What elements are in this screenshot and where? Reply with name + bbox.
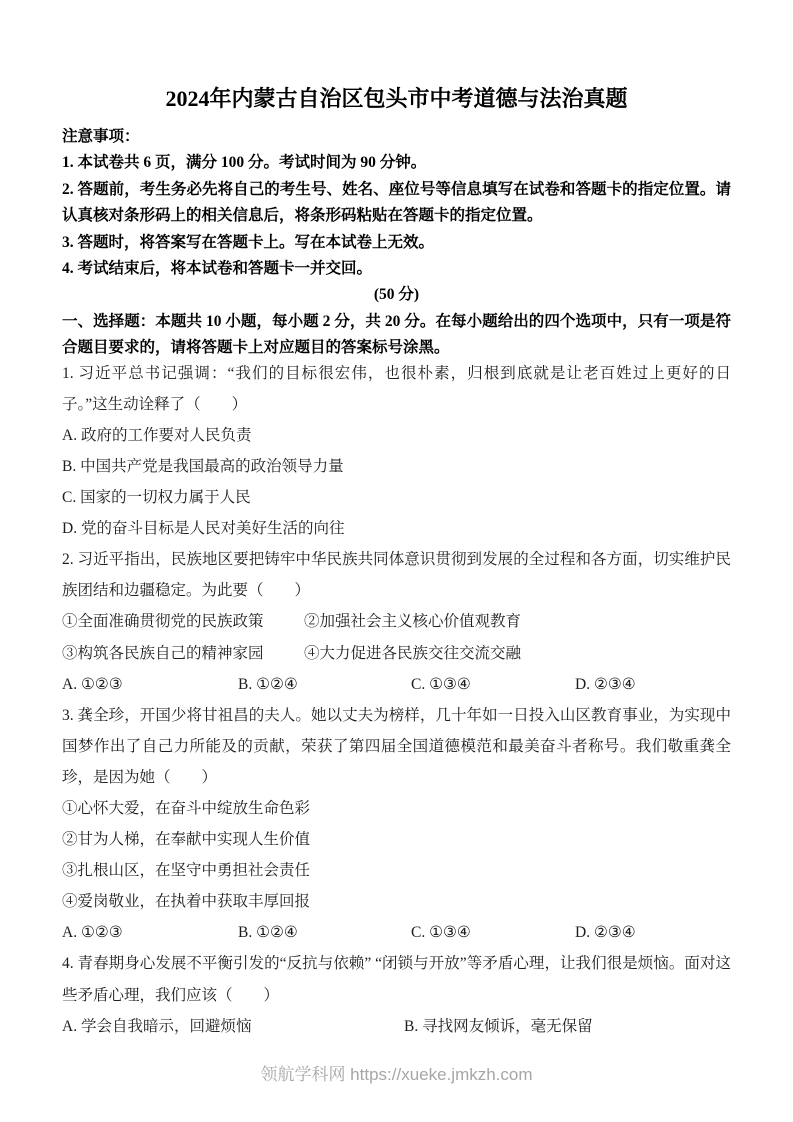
question-2-subitem-4: ④大力促进各民族交往交流交融 xyxy=(304,638,731,669)
notice-item-3: 3. 答题时，将答案写在答题卡上。写在本试卷上无效。 xyxy=(62,230,731,256)
question-2-subitems-row-1: ①全面准确贯彻党的民族政策 ②加强社会主义核心价值观教育 xyxy=(62,606,731,637)
question-2-option-a: A. ①②③ xyxy=(62,669,238,700)
watermark-text: 领航学科网 https://xueke.jmkzh.com xyxy=(260,1065,532,1084)
question-4: 4. 青春期身心发展不平衡引发的“反抗与依赖” “闭锁与开放”等矛盾心理，让我们… xyxy=(62,948,731,1041)
question-4-option-a: A. 学会自我暗示，回避烦恼 xyxy=(62,1011,404,1042)
question-3-stem: 3. 龚全珍，开国少将甘祖昌的夫人。她以丈夫为榜样，几十年如一日投入山区教育事业… xyxy=(62,700,731,793)
notice-item-4: 4. 考试结束后，将本试卷和答题卡一并交回。 xyxy=(62,256,731,282)
question-2-option-d: D. ②③④ xyxy=(575,669,731,700)
question-3-subitem-2: ②甘为人梯，在奉献中实现人生价值 xyxy=(62,824,731,855)
question-3: 3. 龚全珍，开国少将甘祖昌的夫人。她以丈夫为榜样，几十年如一日投入山区教育事业… xyxy=(62,700,731,949)
notice-item-1: 1. 本试卷共 6 页，满分 100 分。考试时间为 90 分钟。 xyxy=(62,150,731,176)
question-2-option-c: C. ①③④ xyxy=(411,669,575,700)
notice-heading: 注意事项： xyxy=(62,124,731,150)
question-3-option-d: D. ②③④ xyxy=(575,917,731,948)
notice-item-2: 2. 答题前，考生务必先将自己的考生号、姓名、座位号等信息填写在试卷和答题卡的指… xyxy=(62,177,731,230)
question-1-option-c: C. 国家的一切权力属于人民 xyxy=(62,482,731,513)
page-title: 2024年内蒙古自治区包头市中考道德与法治真题 xyxy=(62,84,731,114)
question-2-subitem-2: ②加强社会主义核心价值观教育 xyxy=(304,606,731,637)
questions-area: 1. 习近平总书记强调：“我们的目标很宏伟，也很朴素，归根到底就是让老百姓过上更… xyxy=(62,358,731,1042)
question-2: 2. 习近平指出，民族地区要把铸牢中华民族共同体意识贯彻到发展的全过程和各方面，… xyxy=(62,544,731,699)
question-2-subitems-row-2: ③构筑各民族自己的精神家园 ④大力促进各民族交往交流交融 xyxy=(62,638,731,669)
question-3-options-row: A. ①②③ B. ①②④ C. ①③④ D. ②③④ xyxy=(62,917,731,948)
exam-paper-page: 2024年内蒙古自治区包头市中考道德与法治真题 注意事项： 1. 本试卷共 6 … xyxy=(0,0,793,1122)
question-3-subitem-1: ①心怀大爱，在奋斗中绽放生命色彩 xyxy=(62,793,731,824)
question-1-option-a: A. 政府的工作要对人民负责 xyxy=(62,420,731,451)
section-score-line: (50 分) xyxy=(62,282,731,308)
question-3-option-a: A. ①②③ xyxy=(62,917,238,948)
question-3-option-b: B. ①②④ xyxy=(238,917,411,948)
question-1-stem: 1. 习近平总书记强调：“我们的目标很宏伟，也很朴素，归根到底就是让老百姓过上更… xyxy=(62,358,731,420)
watermark-footer: 领航学科网 https://xueke.jmkzh.com xyxy=(0,1063,793,1087)
question-2-option-b: B. ①②④ xyxy=(238,669,411,700)
question-3-option-c: C. ①③④ xyxy=(411,917,575,948)
question-2-options-row: A. ①②③ B. ①②④ C. ①③④ D. ②③④ xyxy=(62,669,731,700)
question-1: 1. 习近平总书记强调：“我们的目标很宏伟，也很朴素，归根到底就是让老百姓过上更… xyxy=(62,358,731,545)
notice-block: 注意事项： 1. 本试卷共 6 页，满分 100 分。考试时间为 90 分钟。 … xyxy=(62,124,731,282)
question-4-option-b: B. 寻找网友倾诉，毫无保留 xyxy=(404,1011,731,1042)
question-4-stem: 4. 青春期身心发展不平衡引发的“反抗与依赖” “闭锁与开放”等矛盾心理，让我们… xyxy=(62,948,731,1010)
question-2-stem: 2. 习近平指出，民族地区要把铸牢中华民族共同体意识贯彻到发展的全过程和各方面，… xyxy=(62,544,731,606)
question-3-subitem-4: ④爱岗敬业，在执着中获取丰厚回报 xyxy=(62,886,731,917)
question-1-option-d: D. 党的奋斗目标是人民对美好生活的向往 xyxy=(62,513,731,544)
question-2-subitem-1: ①全面准确贯彻党的民族政策 xyxy=(62,606,304,637)
question-2-subitem-3: ③构筑各民族自己的精神家园 xyxy=(62,638,304,669)
question-4-options-row: A. 学会自我暗示，回避烦恼 B. 寻找网友倾诉，毫无保留 xyxy=(62,1011,731,1042)
question-3-subitem-3: ③扎根山区，在坚守中勇担社会责任 xyxy=(62,855,731,886)
question-1-option-b: B. 中国共产党是我国最高的政治领导力量 xyxy=(62,451,731,482)
section-heading: 一、选择题：本题共 10 小题，每小题 2 分，共 20 分。在每小题给出的四个… xyxy=(62,309,731,362)
